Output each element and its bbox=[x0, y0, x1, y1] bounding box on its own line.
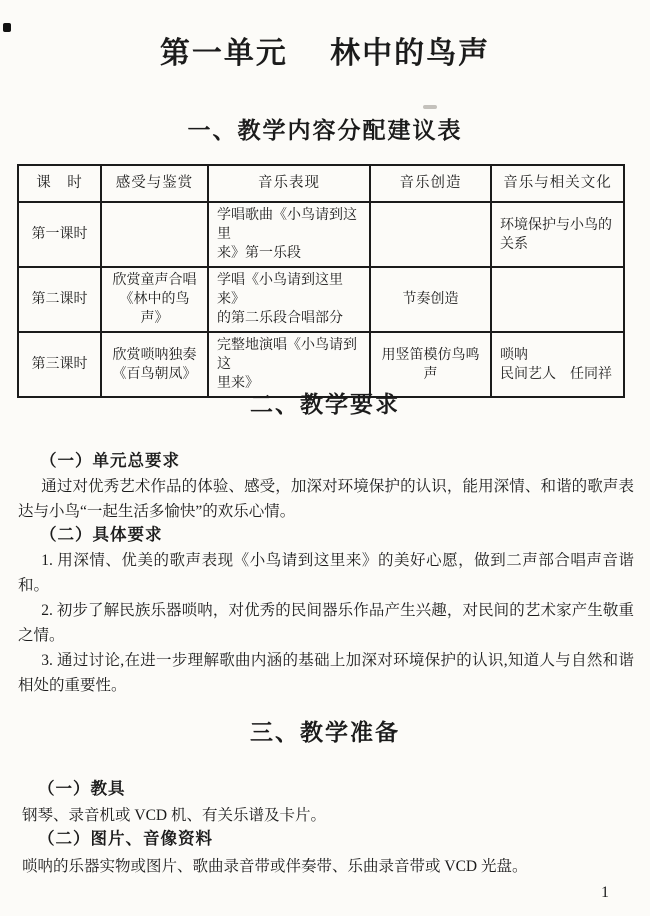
cell-lesson-1: 第一课时 bbox=[18, 202, 101, 267]
section2-sub1-paragraph: 通过对优秀艺术作品的体验、感受，加深对环境保护的认识，能用深情、和谐的歌声表达与… bbox=[18, 474, 634, 524]
header-performance: 音乐表现 bbox=[208, 165, 370, 202]
cell-creation-3: 用竖笛模仿鸟鸣声 bbox=[370, 332, 491, 397]
section3-sub1-heading: （一）教具 bbox=[38, 778, 126, 800]
paragraph-text: 通过对优秀艺术作品的体验、感受，加深对环境保护的认识，能用深情、和谐的歌声表达与… bbox=[18, 474, 634, 524]
teaching-content-table: 课 时 感受与鉴赏 音乐表现 音乐创造 音乐与相关文化 第一课时 学唱歌曲《小鸟… bbox=[17, 164, 625, 398]
section1-heading: 一、教学内容分配建议表 bbox=[0, 116, 650, 146]
table-row: 第二课时 欣赏童声合唱 《林中的鸟声》 学唱《小鸟请到这里来》 的第二乐段合唱部… bbox=[18, 267, 624, 332]
requirement-item: 1. 用深情、优美的歌声表现《小鸟请到这里来》的美好心愿，做到二声部合唱声音谐和… bbox=[18, 548, 634, 598]
table-header-row: 课 时 感受与鉴赏 音乐表现 音乐创造 音乐与相关文化 bbox=[18, 165, 624, 202]
header-creation: 音乐创造 bbox=[370, 165, 491, 202]
header-culture: 音乐与相关文化 bbox=[491, 165, 624, 202]
document-page: 第一单元 林中的鸟声 一、教学内容分配建议表 课 时 感受与鉴赏 音乐表现 音乐… bbox=[0, 0, 650, 916]
section2-requirement-list: 1. 用深情、优美的歌声表现《小鸟请到这里来》的美好心愿，做到二声部合唱声音谐和… bbox=[18, 548, 634, 698]
cell-lesson-2: 第二课时 bbox=[18, 267, 101, 332]
section3-sub1-paragraph: 钢琴、录音机或 VCD 机、有关乐谱及卡片。 bbox=[22, 803, 638, 828]
scan-dash bbox=[423, 105, 437, 109]
section3-sub2-paragraph: 唢呐的乐器实物或图片、歌曲录音带或伴奏带、乐曲录音带或 VCD 光盘。 bbox=[22, 854, 638, 879]
cell-culture-3: 唢呐 民间艺人 任同祥 bbox=[491, 332, 624, 397]
section3-heading: 三、教学准备 bbox=[0, 718, 650, 748]
header-appreciation: 感受与鉴赏 bbox=[101, 165, 208, 202]
cell-lesson-3: 第三课时 bbox=[18, 332, 101, 397]
cell-creation-2: 节奏创造 bbox=[370, 267, 491, 332]
cell-performance-3: 完整地演唱《小鸟请到这 里来》 bbox=[208, 332, 370, 397]
cell-appreciation-2: 欣赏童声合唱 《林中的鸟声》 bbox=[101, 267, 208, 332]
section2-sub2-heading: （二）具体要求 bbox=[40, 524, 163, 546]
header-lesson: 课 时 bbox=[18, 165, 101, 202]
page-title: 第一单元 林中的鸟声 bbox=[0, 36, 650, 72]
table-row: 第一课时 学唱歌曲《小鸟请到这里 来》第一乐段 环境保护与小鸟的 关系 bbox=[18, 202, 624, 267]
cell-creation-1 bbox=[370, 202, 491, 267]
requirement-item: 2. 初步了解民族乐器唢呐，对优秀的民间器乐作品产生兴趣，对民间的艺术家产生敬重… bbox=[18, 598, 634, 648]
cell-performance-1: 学唱歌曲《小鸟请到这里 来》第一乐段 bbox=[208, 202, 370, 267]
requirement-item: 3. 通过讨论,在进一步理解歌曲内涵的基础上加深对环境保护的认识,知道人与自然和… bbox=[18, 648, 634, 698]
cell-appreciation-3: 欣赏唢呐独奏 《百鸟朝凤》 bbox=[101, 332, 208, 397]
cell-appreciation-1 bbox=[101, 202, 208, 267]
cell-performance-2: 学唱《小鸟请到这里来》 的第二乐段合唱部分 bbox=[208, 267, 370, 332]
section2-heading: 二、教学要求 bbox=[0, 390, 650, 420]
section2-sub1-heading: （一）单元总要求 bbox=[40, 450, 180, 472]
table-row: 第三课时 欣赏唢呐独奏 《百鸟朝凤》 完整地演唱《小鸟请到这 里来》 用竖笛模仿… bbox=[18, 332, 624, 397]
cell-culture-2 bbox=[491, 267, 624, 332]
ink-speck bbox=[3, 23, 11, 32]
page-number: 1 bbox=[601, 884, 609, 902]
section3-sub2-heading: （二）图片、音像资料 bbox=[38, 828, 213, 850]
cell-culture-1: 环境保护与小鸟的 关系 bbox=[491, 202, 624, 267]
